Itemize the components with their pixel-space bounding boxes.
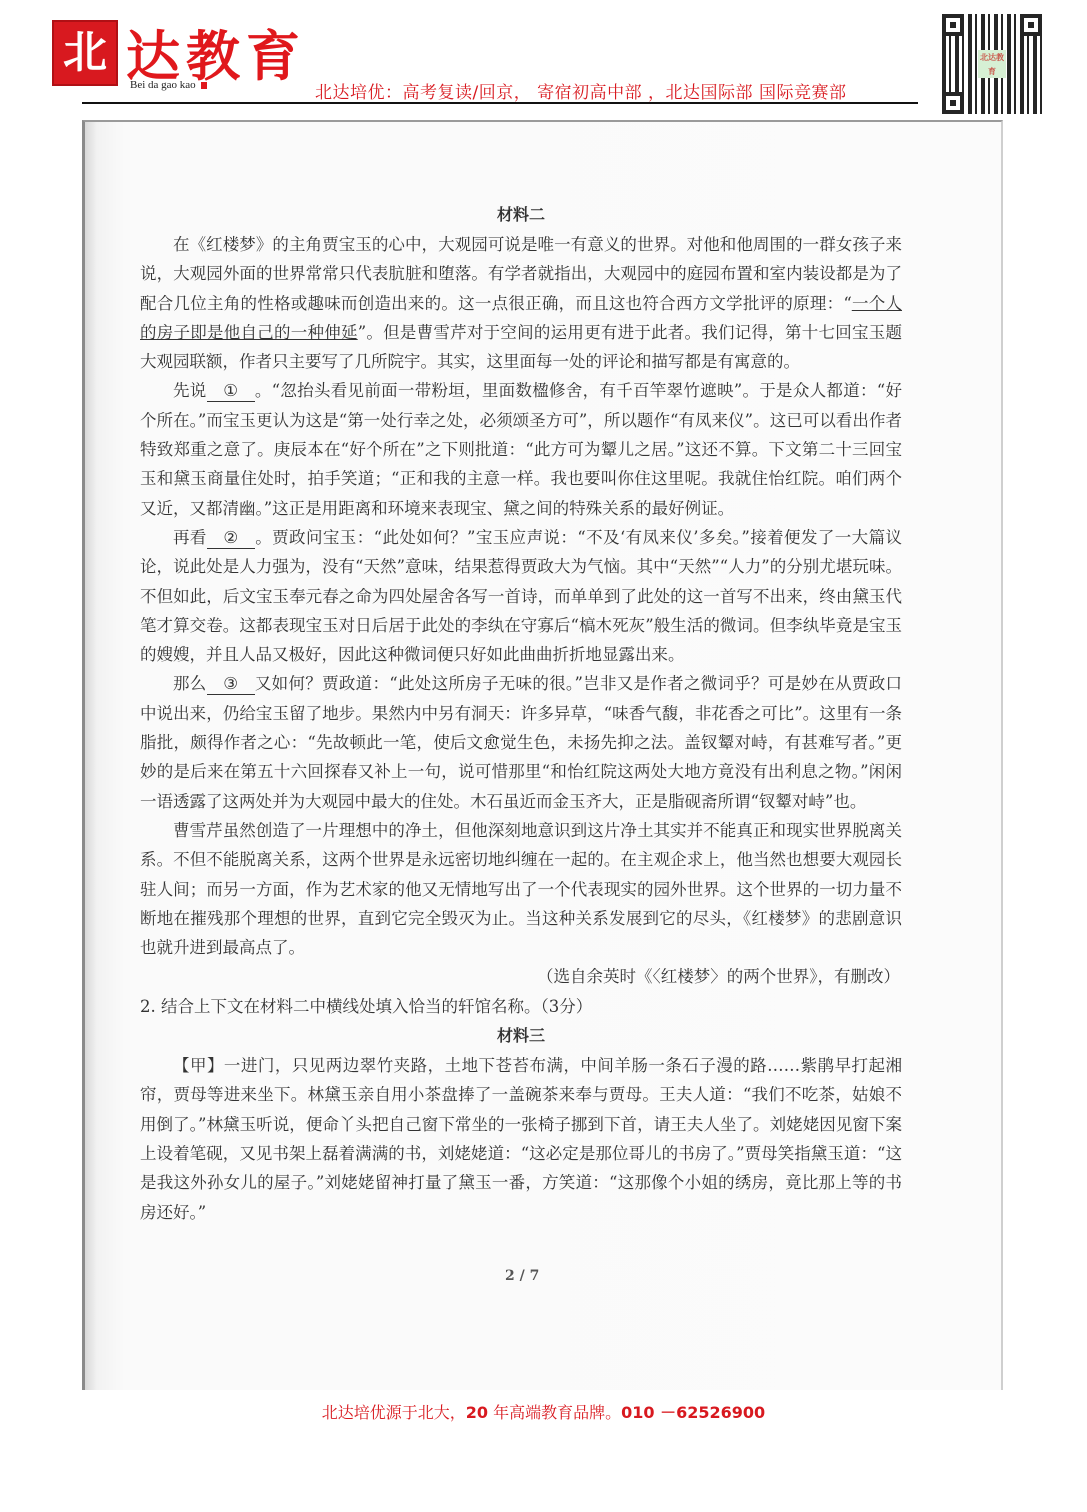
fill-blank-1: ① <box>207 381 255 402</box>
text: 在《红楼梦》的主角贾宝玉的心中，大观园可说是唯一有意义的世界。对他和他周围的一群… <box>140 235 902 313</box>
footer-phone: 010 －62526900 <box>621 1403 765 1422</box>
qr-center-label: 北达教育 <box>978 50 1006 78</box>
material3-paragraph-1: 【甲】一进门，只见两边翠竹夹路，土地下苍苔布满，中间羊肠一条石子漫的路……紫鹃早… <box>140 1051 902 1227</box>
footer-text: 年高端教育品牌。 <box>488 1403 621 1422</box>
qr-finder-icon <box>942 14 964 36</box>
material2-paragraph-5: 曹雪芹虽然创造了一片理想中的净土，但他深刻地意识到这片净土其实并不能真正和现实世… <box>140 816 902 962</box>
material2-paragraph-3: 再看②。贾政问宝玉：“此处如何？”宝玉应声说：“不及‘有凤来仪’多矣。”接着便发… <box>140 523 902 669</box>
qr-finder-icon <box>942 92 964 114</box>
material2-paragraph-1: 在《红楼梦》的主角贾宝玉的心中，大观园可说是唯一有意义的世界。对他和他周围的一群… <box>140 230 902 376</box>
material2-title: 材料二 <box>140 200 902 230</box>
material2-paragraph-4: 那么③又如何？贾政道：“此处这所房子无味的很。”岂非又是作者之微词乎？可是妙在从… <box>140 669 902 815</box>
page-number: 2 / 7 <box>505 1268 539 1284</box>
material3-title: 材料三 <box>140 1021 902 1051</box>
document-body: 材料二 在《红楼梦》的主角贾宝玉的心中，大观园可说是唯一有意义的世界。对他和他周… <box>140 200 902 1227</box>
footer-slogan: 北达培优源于北大，20 年高端教育品牌。010 －62526900 <box>0 1400 1087 1423</box>
header-divider <box>82 102 918 104</box>
qr-code-icon: 北达教育 <box>942 14 1042 114</box>
footer-years: 20 <box>466 1403 488 1422</box>
logo-subtitle: Bei da gao kao <box>130 79 207 91</box>
text: 再看 <box>173 528 207 547</box>
fill-blank-2: ② <box>207 528 255 549</box>
material2-paragraph-2: 先说①。“忽抬头看见前面一带粉垣，里面数楹修舍，有千百竿翠竹遮映”。于是众人都道… <box>140 376 902 522</box>
square-icon <box>201 82 207 89</box>
text: 那么 <box>173 674 207 693</box>
fill-blank-3: ③ <box>207 674 255 695</box>
header-slogan: 北达培优：高考复读/回京， 寄宿初高中部 ，北达国际部 国际竞赛部 <box>315 78 846 103</box>
header: 北 达教育 Bei da gao kao 北达培优：高考复读/回京， 寄宿初高中… <box>0 0 1087 120</box>
text: 先说 <box>173 381 207 400</box>
logo-mark: 北 <box>52 20 118 86</box>
qr-finder-icon <box>1020 14 1042 36</box>
source-citation: （选自余英时《〈红楼梦〉的两个世界》，有删改） <box>140 962 902 991</box>
footer-text: 北达培优源于北大， <box>322 1403 466 1422</box>
question-2: 2. 结合上下文在材料二中横线处填入恰当的轩馆名称。（3分） <box>140 992 902 1021</box>
logo-subtitle-text: Bei da gao kao <box>130 79 196 91</box>
